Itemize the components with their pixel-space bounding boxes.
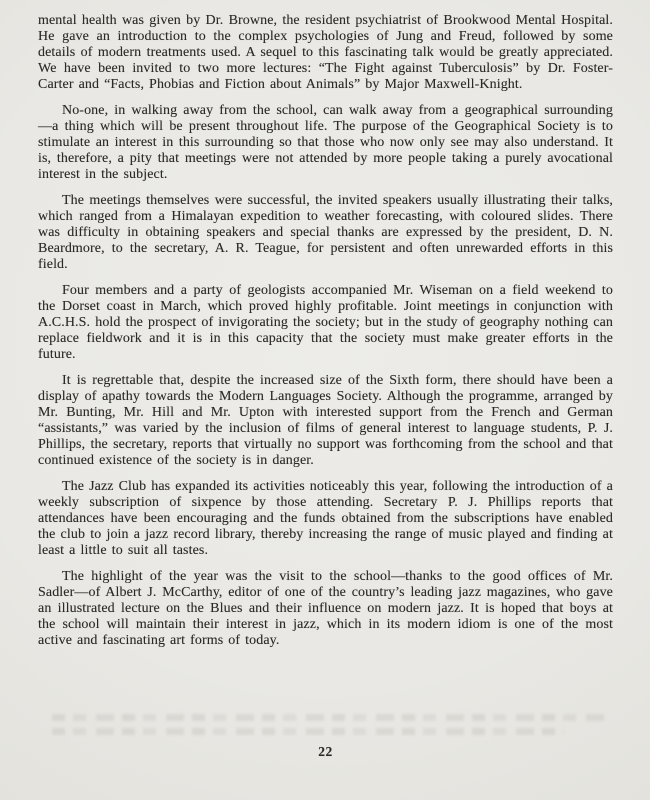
paragraph-modern-languages-society: It is regrettable that, despite the incr… bbox=[38, 373, 613, 469]
page-number: 22 bbox=[38, 744, 613, 760]
bleed-through-line bbox=[52, 714, 608, 721]
paragraph-jazz-club-1: The Jazz Club has expanded its activitie… bbox=[38, 479, 613, 559]
scanned-magazine-page: mental health was given by Dr. Browne, t… bbox=[0, 0, 650, 800]
text-column: mental health was given by Dr. Browne, t… bbox=[38, 13, 613, 659]
bleed-through-line bbox=[52, 728, 564, 735]
paragraph-geographical-society-2: The meetings themselves were successful,… bbox=[38, 193, 613, 273]
reverse-side-bleed-through bbox=[52, 714, 608, 742]
paragraph-continuation: mental health was given by Dr. Browne, t… bbox=[38, 13, 613, 93]
paragraph-geographical-society-1: No-one, in walking away from the school,… bbox=[38, 103, 613, 183]
paragraph-jazz-club-2: The highlight of the year was the visit … bbox=[38, 569, 613, 649]
paragraph-geographical-society-3: Four members and a party of geologists a… bbox=[38, 283, 613, 363]
